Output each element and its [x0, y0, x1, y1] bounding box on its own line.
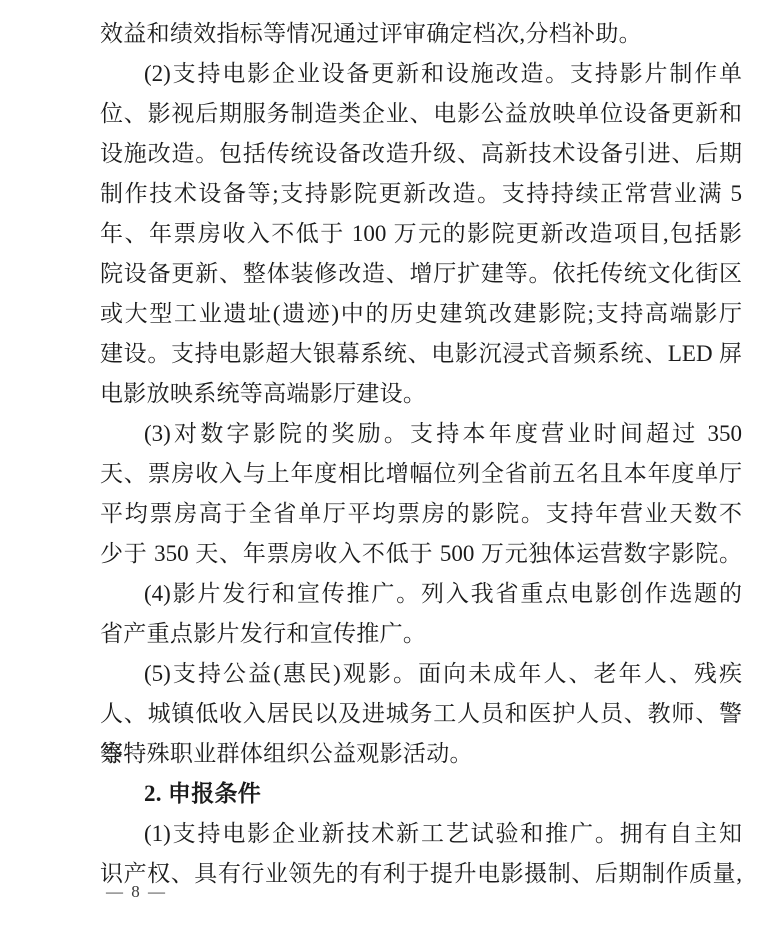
document-page: 效益和绩效指标等情况通过评审确定档次,分档补助。(2)支持电影企业设备更新和设施…: [0, 0, 780, 942]
text-line: 平均票房高于全省单厅平均票房的影院。支持年营业天数不: [100, 494, 742, 534]
text-line: 年、年票房收入不低于 100 万元的影院更新改造项目,包括影: [100, 214, 742, 254]
text-line: 少于 350 天、年票房收入不低于 500 万元独体运营数字影院。: [100, 534, 742, 574]
text-line: 院设备更新、整体装修改造、增厅扩建等。依托传统文化街区: [100, 254, 742, 294]
text-line: 等特殊职业群体组织公益观影活动。: [100, 734, 742, 774]
text-line: 效益和绩效指标等情况通过评审确定档次,分档补助。: [100, 14, 742, 54]
text-line: (1)支持电影企业新技术新工艺试验和推广。拥有自主知: [100, 814, 742, 854]
text-line: 天、票房收入与上年度相比增幅位列全省前五名且本年度单厅: [100, 454, 742, 494]
text-line: 省产重点影片发行和宣传推广。: [100, 614, 742, 654]
text-line: 设施改造。包括传统设备改造升级、高新技术设备引进、后期: [100, 134, 742, 174]
text-line: (2)支持电影企业设备更新和设施改造。支持影片制作单: [100, 54, 742, 94]
text-line: 电影放映系统等高端影厅建设。: [100, 374, 742, 414]
page-footer: — 8 —: [106, 882, 167, 902]
page-number: — 8 —: [106, 882, 167, 901]
text-line: 人、城镇低收入居民以及进城务工人员和医护人员、教师、警察: [100, 694, 742, 734]
section-heading: 2. 申报条件: [100, 774, 742, 814]
text-block: 效益和绩效指标等情况通过评审确定档次,分档补助。(2)支持电影企业设备更新和设施…: [100, 14, 742, 894]
text-line: 识产权、具有行业领先的有利于提升电影摄制、后期制作质量,: [100, 854, 742, 894]
text-line: 建设。支持电影超大银幕系统、电影沉浸式音频系统、LED 屏: [100, 334, 742, 374]
text-line: 或大型工业遗址(遗迹)中的历史建筑改建影院;支持高端影厅: [100, 294, 742, 334]
text-line: 制作技术设备等;支持影院更新改造。支持持续正常营业满 5: [100, 174, 742, 214]
text-line: 位、影视后期服务制造类企业、电影公益放映单位设备更新和: [100, 94, 742, 134]
text-line: (3)对数字影院的奖励。支持本年度营业时间超过 350: [100, 414, 742, 454]
text-line: (4)影片发行和宣传推广。列入我省重点电影创作选题的: [100, 574, 742, 614]
text-line: (5)支持公益(惠民)观影。面向未成年人、老年人、残疾: [100, 654, 742, 694]
